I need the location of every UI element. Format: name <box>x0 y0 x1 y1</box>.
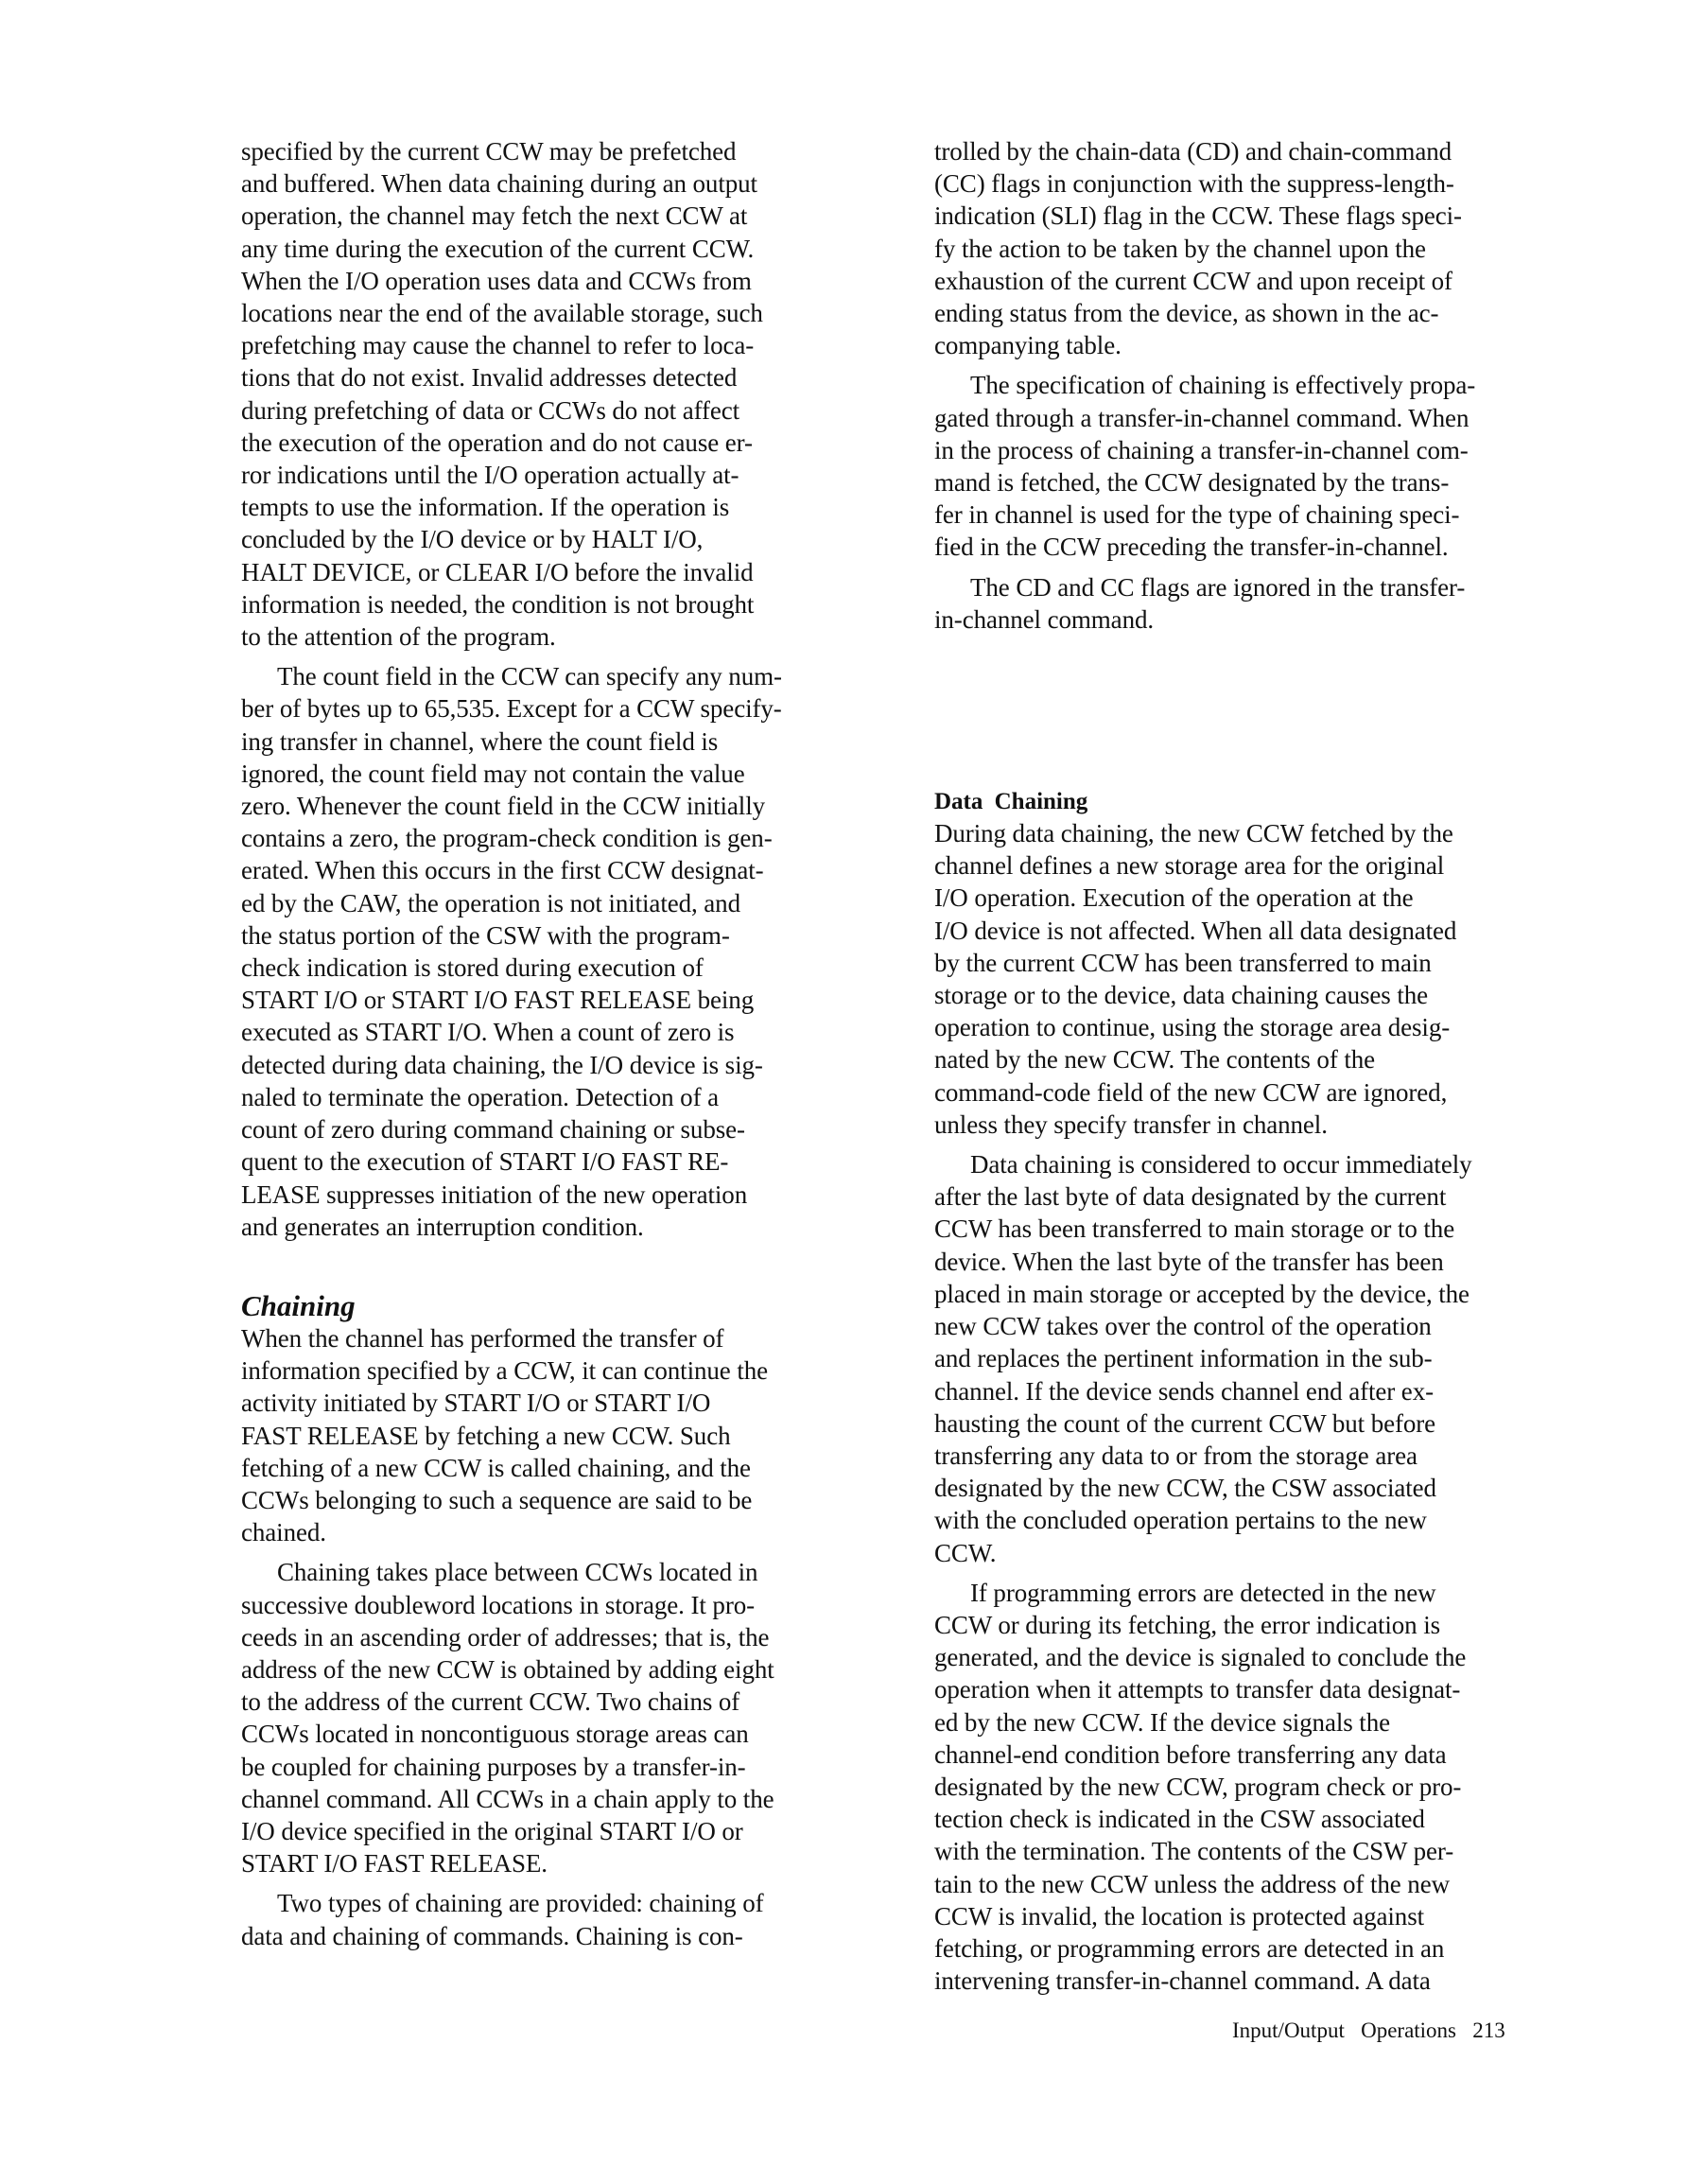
text-line: fetching of a new CCW is called chaining… <box>241 1452 865 1484</box>
paragraph: specified by the current CCW may be pref… <box>241 135 865 653</box>
text-line: activity initiated by START I/O or START… <box>241 1387 865 1419</box>
text-line: in the process of chaining a transfer-in… <box>934 434 1558 466</box>
right-intro-paragraphs: trolled by the chain-data (CD) and chain… <box>934 135 1558 636</box>
text-line: ror indications until the I/O operation … <box>241 459 865 491</box>
text-line: ing transfer in channel, where the count… <box>241 725 865 758</box>
text-line: operation to continue, using the storage… <box>934 1011 1558 1043</box>
text-line: the execution of the operation and do no… <box>241 427 865 459</box>
text-line: ed by the CAW, the operation is not init… <box>241 887 865 919</box>
text-line: naled to terminate the operation. Detect… <box>241 1081 865 1113</box>
text-line: (CC) flags in conjunction with the suppr… <box>934 167 1558 200</box>
text-line: gated through a transfer-in-channel comm… <box>934 402 1558 434</box>
left-column: specified by the current CCW may be pref… <box>241 135 865 1960</box>
text-line: placed in main storage or accepted by th… <box>934 1278 1558 1310</box>
text-line: CCW or during its fetching, the error in… <box>934 1609 1558 1641</box>
text-line: CCW is invalid, the location is protecte… <box>934 1900 1558 1932</box>
text-line: successive doubleword locations in stora… <box>241 1589 865 1621</box>
text-line: fied in the CCW preceding the transfer-i… <box>934 531 1558 563</box>
text-line: fetching, or programming errors are dete… <box>934 1932 1558 1965</box>
paragraph: Data chaining is considered to occur imm… <box>934 1148 1558 1569</box>
text-line: with the concluded operation pertains to… <box>934 1504 1558 1536</box>
text-line: START I/O FAST RELEASE. <box>241 1847 865 1879</box>
footer-section: Input/Output <box>1232 2018 1345 2042</box>
text-line: designated by the new CCW, program check… <box>934 1771 1558 1803</box>
text-line: unless they specify transfer in channel. <box>934 1109 1558 1141</box>
text-line: Data chaining is considered to occur imm… <box>934 1148 1558 1180</box>
text-line: companying table. <box>934 329 1558 361</box>
text-line: I/O operation. Execution of the operatio… <box>934 882 1558 914</box>
text-line: to the address of the current CCW. Two c… <box>241 1686 865 1718</box>
paragraph: The CD and CC flags are ignored in the t… <box>934 571 1558 636</box>
text-line: ber of bytes up to 65,535. Except for a … <box>241 692 865 725</box>
text-line: HALT DEVICE, or CLEAR I/O before the inv… <box>241 556 865 588</box>
text-line: ceeds in an ascending order of addresses… <box>241 1621 865 1653</box>
text-line: and replaces the pertinent information i… <box>934 1342 1558 1374</box>
text-line: ed by the new CCW. If the device signals… <box>934 1706 1558 1738</box>
chaining-paragraphs: When the channel has performed the trans… <box>241 1322 865 1952</box>
text-line: When the I/O operation uses data and CCW… <box>241 265 865 297</box>
text-line: FAST RELEASE by fetching a new CCW. Such <box>241 1420 865 1452</box>
text-line: fer in channel is used for the type of c… <box>934 498 1558 531</box>
text-line: tempts to use the information. If the op… <box>241 491 865 523</box>
text-line: zero. Whenever the count field in the CC… <box>241 790 865 822</box>
text-line: When the channel has performed the trans… <box>241 1322 865 1354</box>
text-line: storage or to the device, data chaining … <box>934 979 1558 1011</box>
text-line: START I/O or START I/O FAST RELEASE bein… <box>241 984 865 1016</box>
text-line: channel defines a new storage area for t… <box>934 849 1558 882</box>
text-line: generated, and the device is signaled to… <box>934 1641 1558 1673</box>
text-line: during prefetching of data or CCWs do no… <box>241 394 865 427</box>
text-line: and generates an interruption condition. <box>241 1211 865 1243</box>
paragraph: trolled by the chain-data (CD) and chain… <box>934 135 1558 361</box>
text-line: CCW. <box>934 1537 1558 1569</box>
text-line: with the termination. The contents of th… <box>934 1835 1558 1867</box>
text-line: The count field in the CCW can specify a… <box>241 660 865 692</box>
footer-title: Operations <box>1361 2018 1456 2042</box>
paragraph: Two types of chaining are provided: chai… <box>241 1887 865 1951</box>
text-line: indication (SLI) flag in the CCW. These … <box>934 200 1558 232</box>
text-line: The CD and CC flags are ignored in the t… <box>934 571 1558 603</box>
text-line: LEASE suppresses initiation of the new o… <box>241 1179 865 1211</box>
text-line: transferring any data to or from the sto… <box>934 1440 1558 1472</box>
text-line: new CCW takes over the control of the op… <box>934 1310 1558 1342</box>
text-line: If programming errors are detected in th… <box>934 1577 1558 1609</box>
text-line: During data chaining, the new CCW fetche… <box>934 817 1558 849</box>
text-line: I/O device specified in the original STA… <box>241 1815 865 1847</box>
text-line: nated by the new CCW. The contents of th… <box>934 1043 1558 1075</box>
text-line: Two types of chaining are provided: chai… <box>241 1887 865 1919</box>
subsection-heading-data-chaining: Data Chaining <box>934 787 1558 817</box>
text-line: Chaining takes place between CCWs locate… <box>241 1556 865 1588</box>
text-line: I/O device is not affected. When all dat… <box>934 915 1558 947</box>
text-line: exhaustion of the current CCW and upon r… <box>934 265 1558 297</box>
text-line: CCWs belonging to such a sequence are sa… <box>241 1484 865 1516</box>
text-line: and buffered. When data chaining during … <box>241 167 865 200</box>
text-line: The specification of chaining is effecti… <box>934 369 1558 401</box>
text-line: tions that do not exist. Invalid address… <box>241 361 865 393</box>
text-line: ending status from the device, as shown … <box>934 297 1558 329</box>
text-line: chained. <box>241 1516 865 1548</box>
text-line: specified by the current CCW may be pref… <box>241 135 865 167</box>
text-line: locations near the end of the available … <box>241 297 865 329</box>
text-line: information is needed, the condition is … <box>241 588 865 620</box>
text-line: to the attention of the program. <box>241 620 865 653</box>
paragraph: Chaining takes place between CCWs locate… <box>241 1556 865 1879</box>
page-number: 213 <box>1472 2018 1505 2042</box>
text-line: data and chaining of commands. Chaining … <box>241 1920 865 1952</box>
text-line: ignored, the count field may not contain… <box>241 758 865 790</box>
text-line: operation when it attempts to transfer d… <box>934 1673 1558 1705</box>
text-line: the status portion of the CSW with the p… <box>241 919 865 952</box>
text-line: trolled by the chain-data (CD) and chain… <box>934 135 1558 167</box>
text-line: any time during the execution of the cur… <box>241 233 865 265</box>
paragraph: During data chaining, the new CCW fetche… <box>934 817 1558 1141</box>
text-line: tection check is indicated in the CSW as… <box>934 1803 1558 1835</box>
text-line: erated. When this occurs in the first CC… <box>241 854 865 886</box>
text-line: hausting the count of the current CCW bu… <box>934 1407 1558 1440</box>
text-line: device. When the last byte of the transf… <box>934 1246 1558 1278</box>
text-line: after the last byte of data designated b… <box>934 1180 1558 1213</box>
text-line: mand is fetched, the CCW designated by t… <box>934 466 1558 498</box>
text-line: fy the action to be taken by the channel… <box>934 233 1558 265</box>
text-line: be coupled for chaining purposes by a tr… <box>241 1751 865 1783</box>
text-line: quent to the execution of START I/O FAST… <box>241 1145 865 1178</box>
left-intro-paragraphs: specified by the current CCW may be pref… <box>241 135 865 1243</box>
text-line: command-code field of the new CCW are ig… <box>934 1076 1558 1109</box>
text-line: detected during data chaining, the I/O d… <box>241 1049 865 1081</box>
paragraph: If programming errors are detected in th… <box>934 1577 1558 1998</box>
paragraph: The specification of chaining is effecti… <box>934 369 1558 563</box>
text-line: intervening transfer-in-channel command.… <box>934 1965 1558 1997</box>
text-line: check indication is stored during execut… <box>241 952 865 984</box>
text-line: count of zero during command chaining or… <box>241 1113 865 1145</box>
text-line: operation, the channel may fetch the nex… <box>241 200 865 232</box>
text-line: CCWs located in noncontiguous storage ar… <box>241 1718 865 1750</box>
text-line: designated by the new CCW, the CSW assoc… <box>934 1472 1558 1504</box>
text-line: address of the new CCW is obtained by ad… <box>241 1653 865 1686</box>
section-heading-chaining: Chaining <box>241 1290 865 1322</box>
text-line: CCW has been transferred to main storage… <box>934 1213 1558 1245</box>
data-chaining-paragraphs: During data chaining, the new CCW fetche… <box>934 817 1558 1997</box>
text-line: concluded by the I/O device or by HALT I… <box>241 523 865 555</box>
page-footer: Input/Output Operations 213 <box>1232 2018 1505 2044</box>
text-line: executed as START I/O. When a count of z… <box>241 1016 865 1048</box>
paragraph: When the channel has performed the trans… <box>241 1322 865 1548</box>
text-line: by the current CCW has been transferred … <box>934 947 1558 979</box>
text-line: channel command. All CCWs in a chain app… <box>241 1783 865 1815</box>
right-column: trolled by the chain-data (CD) and chain… <box>934 135 1558 2004</box>
text-line: channel. If the device sends channel end… <box>934 1375 1558 1407</box>
text-line: tain to the new CCW unless the address o… <box>934 1868 1558 1900</box>
text-line: in-channel command. <box>934 603 1558 636</box>
text-line: channel-end condition before transferrin… <box>934 1738 1558 1771</box>
paragraph: The count field in the CCW can specify a… <box>241 660 865 1243</box>
text-line: contains a zero, the program-check condi… <box>241 822 865 854</box>
text-line: prefetching may cause the channel to ref… <box>241 329 865 361</box>
text-line: information specified by a CCW, it can c… <box>241 1354 865 1387</box>
